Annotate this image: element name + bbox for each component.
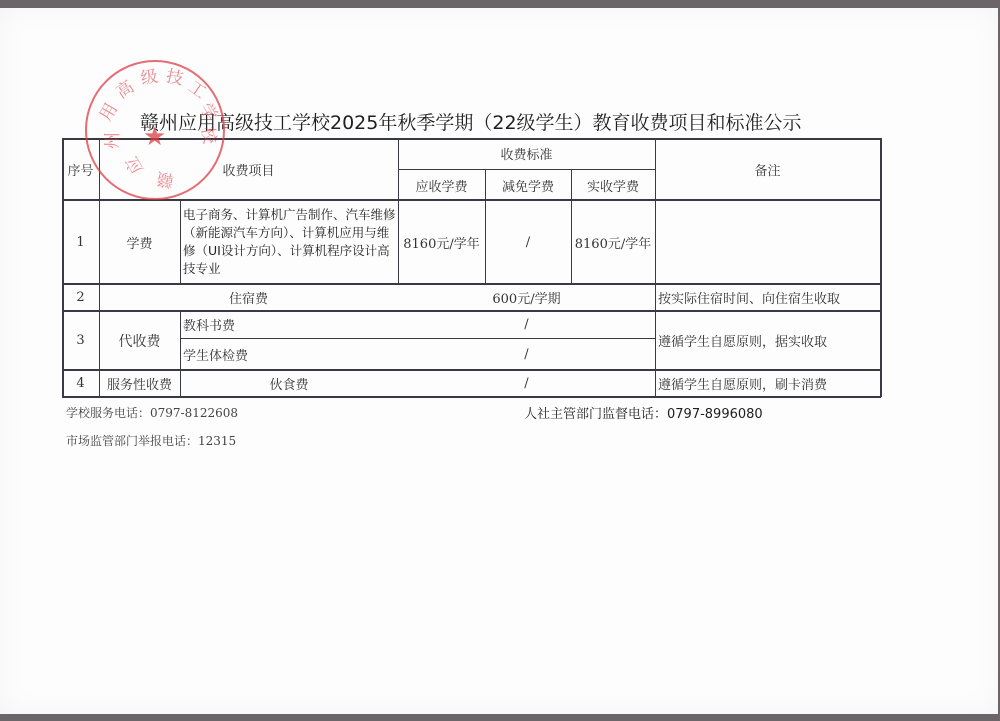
- row3-subitem-textbook: 教科书费: [180, 311, 398, 338]
- row3-subitem-medical: 学生体检费: [180, 339, 398, 370]
- fee-table: 序号 收费项目 收费标准 应收学费 减免学费 实收学费 备注 1 学费 电子商务…: [0, 0, 1000, 721]
- row2-remark: 按实际住宿时间、向住宿生收取: [655, 284, 880, 311]
- header-standard-group: 收费标准: [398, 138, 655, 169]
- row1-waived-fee: /: [485, 200, 571, 284]
- header-item: 收费项目: [99, 138, 398, 200]
- row3-category: 代收费: [99, 311, 180, 370]
- row3-subitem-medical-standard: /: [398, 339, 655, 370]
- row3-subitem-textbook-standard: /: [398, 311, 655, 338]
- school-service-phone: 学校服务电话：0797-8122608: [66, 404, 238, 421]
- header-due-fee: 应收学费: [398, 170, 485, 200]
- row4-remark: 遵循学生自愿原则，刷卡消费: [655, 370, 880, 397]
- row4-seq: 4: [62, 370, 99, 397]
- row3-seq: 3: [62, 311, 99, 370]
- row4-detail: 伙食费: [180, 370, 398, 397]
- row1-due-fee: 8160元/学年: [398, 200, 485, 284]
- row1-detail: 电子商务、计算机广告制作、汽车维修（新能源汽车方向）、计算机应用与维修（UI设计…: [180, 201, 398, 283]
- row2-seq: 2: [62, 284, 99, 311]
- row1-seq: 1: [62, 200, 99, 284]
- row1-actual-fee: 8160元/学年: [571, 200, 655, 284]
- header-remark: 备注: [655, 138, 880, 200]
- table-border-right: [880, 138, 882, 397]
- row4-standard: /: [398, 370, 655, 397]
- row1-category: 学费: [99, 200, 180, 284]
- header-actual-fee: 实收学费: [571, 170, 655, 200]
- row2-standard: 600元/学期: [398, 284, 655, 311]
- market-supervision-phone: 市场监管部门举报电话：12315: [66, 432, 236, 449]
- row2-category: 住宿费: [99, 284, 398, 311]
- row4-category: 服务性收费: [99, 370, 180, 397]
- row3-remark: 遵循学生自愿原则，据实收取: [655, 311, 880, 370]
- header-waived-fee: 减免学费: [485, 170, 571, 200]
- hr-supervision-phone: 人社主管部门监督电话：0797-8996080: [524, 403, 763, 422]
- header-seq: 序号: [62, 138, 99, 200]
- row1-remark: [655, 200, 880, 284]
